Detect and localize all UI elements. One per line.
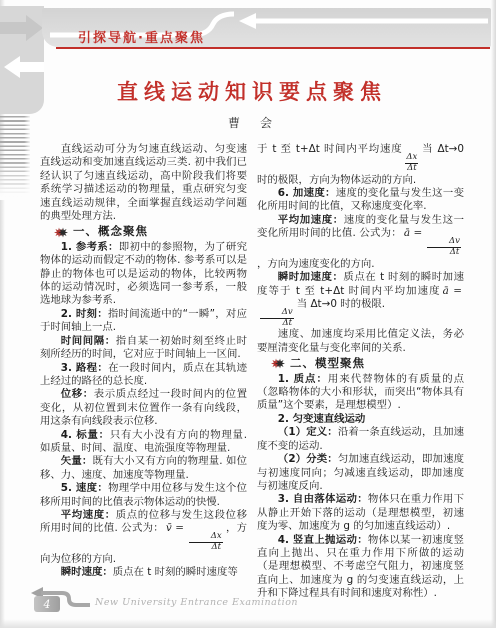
section-title: 二、模型聚焦	[290, 357, 365, 370]
term: 瞬时速度：	[61, 566, 113, 578]
corner-arrow-icons	[0, 6, 44, 114]
left-arrow-icon	[4, 56, 44, 78]
paragraph: 速度、加速度均采用比值定义法，务必要厘清变化量与变化率间的关系.	[257, 328, 464, 355]
paragraph: 2. 匀变速直线运动	[257, 413, 464, 426]
paragraph: 4. 标量：只有大小没有方向的物理量. 如质量、时间、温度、电流强度等物理量.	[40, 429, 247, 456]
paragraph: 4. 竖直上抛运动：物体以某一初速度竖直向上抛出、只在重力作用下所做的运动（是理…	[257, 534, 464, 601]
author-name: 曹 会	[40, 114, 464, 131]
barcode-stripes-fade	[0, 116, 31, 200]
term: 矢量：	[61, 455, 93, 467]
starburst-icon	[52, 226, 69, 239]
paragraph: 3. 自由落体运动：物体只在重力作用下从静止开始下落的运动（是理想模型，初速度为…	[257, 493, 464, 533]
fraction: ΔxΔt	[189, 532, 223, 553]
left-arrowhead-icon	[239, 13, 256, 29]
term: 6. 加速度：	[278, 187, 336, 199]
paragraph: 矢量：既有大小又有方向的物理量. 如位移、力、速度、加速度等物理量.	[40, 455, 247, 482]
formula-paragraph: 平均加速度：速度的变化量与发生这一变化所用时间的比值. 公式为：ā =ΔvΔt，…	[257, 214, 464, 271]
section-title: 一、概念聚焦	[73, 225, 148, 238]
section-heading-2: 二、模型聚焦	[269, 357, 464, 370]
header-banner: 引探导航·重点聚焦	[42, 8, 491, 47]
term: （1）定义：	[278, 426, 338, 438]
term: 4. 标量：	[61, 429, 110, 441]
red-divider-line	[56, 47, 490, 49]
term: 时间间隔：	[61, 335, 116, 347]
fraction: ΔxΔt	[405, 153, 418, 174]
term: 3. 自由落体运动：	[278, 493, 368, 505]
term: 平均加速度：	[278, 214, 344, 226]
right-arrow-icon	[0, 15, 43, 41]
continuation-paragraph: 于 t 至 t+Δt 时间内平均速度ΔxΔt当 Δt→0 时的极限，方向为物体运…	[257, 143, 464, 187]
paragraph: 瞬时速度：质点在 t 时刻的瞬时速度等	[40, 566, 247, 579]
intro-paragraph: 直线运动可分为匀速直线运动、匀变速直线运动和变加速直线运动三类. 初中我们已经认…	[40, 143, 247, 223]
footer-caption: New University Entrance Examination	[95, 597, 298, 608]
banner-label: 引探导航·重点聚焦	[78, 27, 205, 46]
paragraph: 1. 参考系：即初中的参照物，为了研究物体的运动而假定不动的物体. 参考系可以是…	[40, 241, 247, 308]
page-bottom-edge-shadow	[0, 619, 496, 628]
page-number-badge: 4	[34, 596, 60, 612]
term: 1. 参考系：	[61, 241, 119, 253]
term: 1. 质点：	[278, 373, 328, 385]
left-column: 直线运动可分为匀速直线运动、匀变速直线运动和变加速直线运动三类. 初中我们已经认…	[40, 143, 247, 601]
paragraph: 2. 时刻：指时间流逝中的“一瞬”，对应于时间轴上一点.	[40, 308, 247, 335]
fraction: ΔvΔt	[427, 237, 461, 258]
formula-paragraph: 瞬时加速度：质点在 t 时刻的瞬时加速度等于 t 至 t+Δt 时间内平均加速度…	[257, 271, 464, 328]
paragraph: 时间间隔：指自某一初始时刻至终止时刻所经历的时间，它对应于时间轴上一区间.	[40, 335, 247, 362]
term: 5. 速度：	[61, 482, 108, 494]
paragraph: （2）分类：匀加速直线运动，即加速度与初速度同向；匀减速直线运动，即加速度与初速…	[257, 453, 464, 493]
corner-arrows-decoration	[0, 6, 44, 114]
paragraph: （1）定义：沿着一条直线运动，且加速度不变的运动.	[257, 426, 464, 453]
starburst-icon	[269, 357, 286, 370]
term: 2. 时刻：	[61, 308, 108, 320]
right-column: 于 t 至 t+Δt 时间内平均速度ΔxΔt当 Δt→0 时的极限，方向为物体运…	[257, 143, 464, 601]
term: （2）分类：	[278, 453, 338, 465]
section-heading-1: 一、概念聚焦	[52, 225, 247, 238]
term: 3. 路程：	[61, 362, 108, 374]
formula-symbol: ā =	[443, 285, 462, 297]
paragraph: 6. 加速度：速度的变化量与发生这一变化所用时间的比值，又称速度变化率.	[257, 187, 464, 214]
fraction: ΔvΔt	[260, 308, 294, 329]
term: 平均速度：	[61, 509, 116, 521]
scanned-book-page: 引探导航·重点聚焦 直线运动知识要点聚焦 曹 会 直线运动可分为匀速直线运动、匀…	[0, 0, 496, 628]
paragraph: 5. 速度：物理学中用位移与发生这个位移所用时间的比值表示物体运动的快慢.	[40, 482, 247, 509]
term: 4. 竖直上抛运动：	[278, 534, 368, 546]
page-title: 直线运动知识要点聚焦	[40, 76, 464, 106]
term: 2. 匀变速直线运动	[278, 413, 366, 425]
paragraph: 位移：表示质点经过一段时间内的位置变化，从初位置到末位置作一条有向线段，用这条有…	[40, 388, 247, 428]
formula-symbol: ā =	[404, 227, 422, 239]
term: 瞬时加速度：	[278, 271, 344, 283]
paragraph: 1. 质点：用来代替物体的有质量的点（忽略物体的大小和形状，而突出“物体具有质量…	[257, 373, 464, 413]
formula-symbol: v̄ =	[166, 522, 184, 534]
page-right-edge-shadow	[491, 0, 496, 628]
term: 位移：	[61, 388, 94, 400]
formula-paragraph: 平均速度：质点的位移与发生这段位移所用时间的比值. 公式为：v̄ =ΔxΔt，方…	[40, 509, 247, 566]
paragraph: 3. 路程：在一段时间内，质点在其轨迹上经过的路径的总长度.	[40, 362, 247, 389]
two-column-body: 直线运动可分为匀速直线运动、匀变速直线运动和变加速直线运动三类. 初中我们已经认…	[40, 143, 464, 601]
